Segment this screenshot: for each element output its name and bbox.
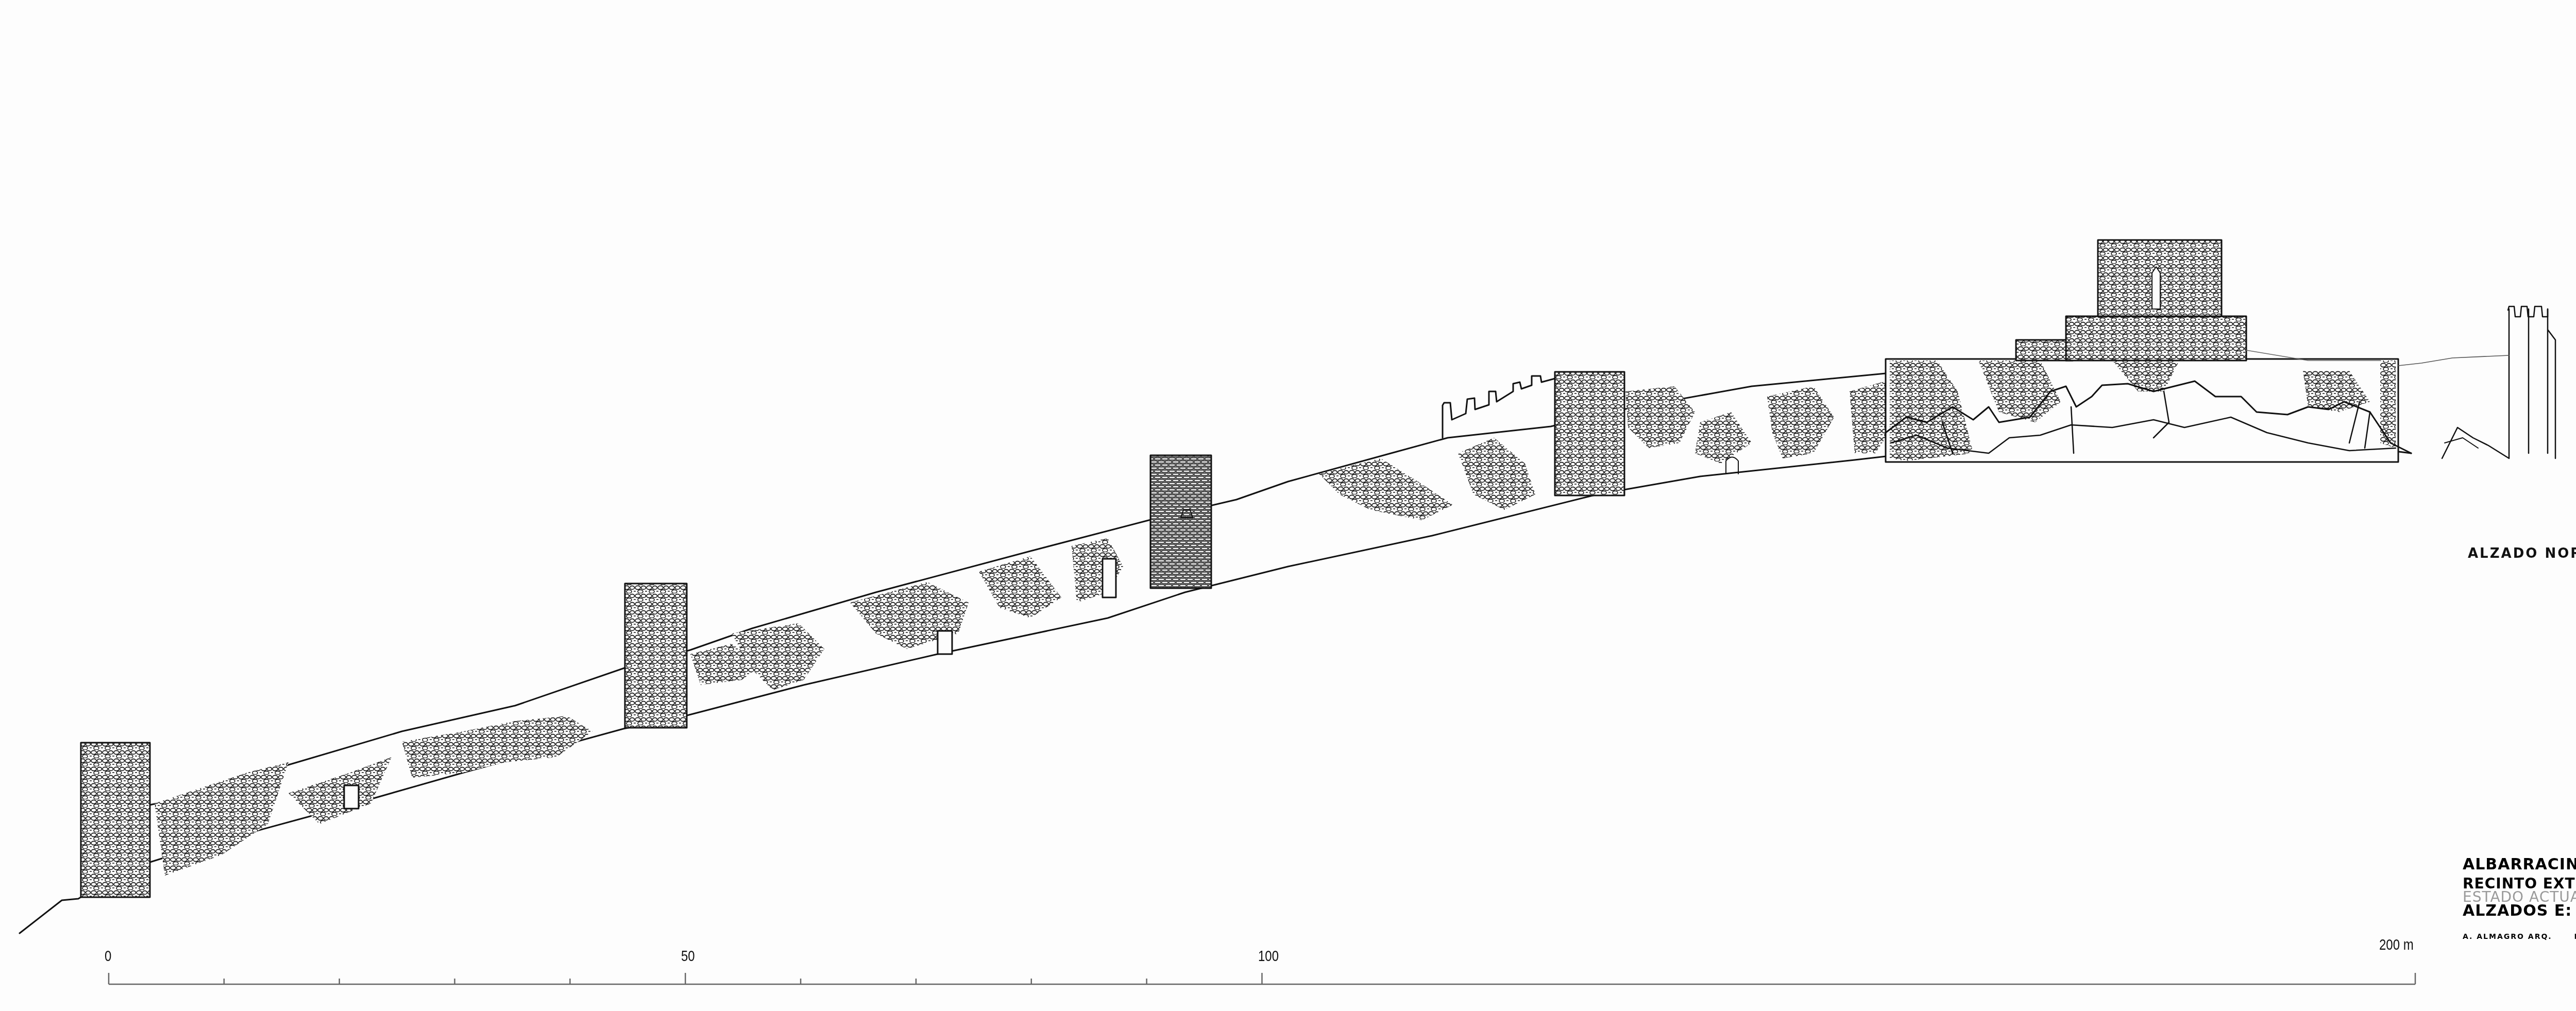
door-1 <box>344 785 359 809</box>
tower-2 <box>625 584 687 728</box>
scale-label: 0 <box>105 948 111 965</box>
date: DICIEMBRE 1977 <box>2574 933 2576 941</box>
castle-middle-left <box>2016 340 2073 361</box>
scale-label: 50 <box>681 948 695 965</box>
keep-window <box>2152 267 2160 309</box>
right-tower <box>2509 309 2555 458</box>
scale-bar <box>109 973 2415 984</box>
door-3 <box>1103 559 1116 597</box>
north-elevation-drawing <box>0 0 2576 1011</box>
title-scale: ALZADOS E: 1/200 <box>2463 903 2576 919</box>
door-2 <box>938 631 952 654</box>
title-place: ALBARRACIN <box>2463 856 2576 873</box>
view-title: ALZADO NORTE <box>2468 546 2576 561</box>
author: A. ALMAGRO ARQ. <box>2463 933 2552 941</box>
scale-label: 100 <box>1258 948 1279 965</box>
scale-label: 200 m <box>2379 936 2414 954</box>
arch-door <box>1726 457 1738 474</box>
ground-line <box>20 438 2411 933</box>
tower-3 <box>1150 455 1211 588</box>
title-block: ALBARRACIN RECINTO EXTERIOR ESTADO ACTUA… <box>2463 856 2576 941</box>
title-credits: A. ALMAGRO ARQ. DICIEMBRE 1977 <box>2463 932 2576 941</box>
tower-1 <box>81 743 150 897</box>
tower-4 <box>1555 372 1624 495</box>
castle-middle <box>2066 316 2246 361</box>
